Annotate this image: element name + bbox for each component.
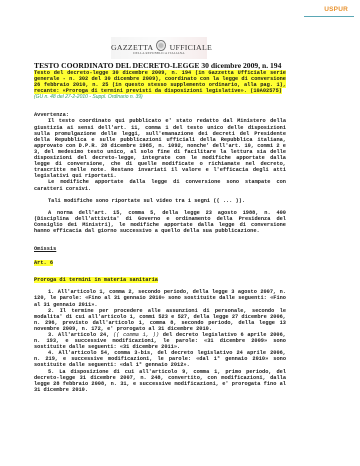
document-summary: Testo del decreto-legge 30 dicembre 2009… [34, 70, 286, 94]
article-title: Proroga di termini in materia sanitaria [34, 277, 158, 283]
article-paragraph-1: 1. All'articolo 1, comma 2, secondo peri… [34, 289, 286, 307]
document-title: TESTO COORDINATO DEL DECRETO-LEGGE 30 di… [34, 61, 286, 70]
article-paragraph-3: 3. All'articolo 24, (( comma 1, )) del d… [34, 332, 286, 350]
uspur-tab-label: USPUR [324, 6, 348, 13]
document-body: TESTO COORDINATO DEL DECRETO-LEGGE 30 di… [34, 61, 286, 393]
article-paragraph-4: 4. All'articolo 54, comma 3-bis, del dec… [34, 350, 286, 368]
uspur-tab[interactable]: USPUR [304, 6, 354, 17]
italian-republic-emblem-icon [156, 40, 166, 51]
logo-subtitle: DELLA REPUBBLICA ITALIANA [111, 51, 207, 55]
gazzetta-ufficiale-logo: GAZZETTA UFFICIALE DELLA REPUBBLICA ITAL… [111, 37, 207, 59]
avvertenza-paragraph-1: Il testo coordinato qui pubblicato e' st… [34, 118, 286, 179]
article-paragraph-5: 5. La disposizione di cui all'articolo 9… [34, 369, 286, 393]
avvertenza-paragraph-4: A norma dell'art. 15, comma 5, della leg… [34, 210, 286, 234]
gu-reference-link[interactable]: (GU n. 48 del 27-2-2010 - Suppl. Ordinar… [34, 94, 286, 101]
conversion-law-modification: (( comma 1, )) [113, 332, 159, 338]
article-paragraph-2: 2. Il termine per procedere alle assunzi… [34, 308, 286, 332]
omissis-link[interactable]: Omissis [34, 246, 56, 252]
article-label: Art. 6 [34, 260, 53, 266]
avvertenza-paragraph-2: Le modifiche apportate dalla legge di co… [34, 179, 286, 191]
